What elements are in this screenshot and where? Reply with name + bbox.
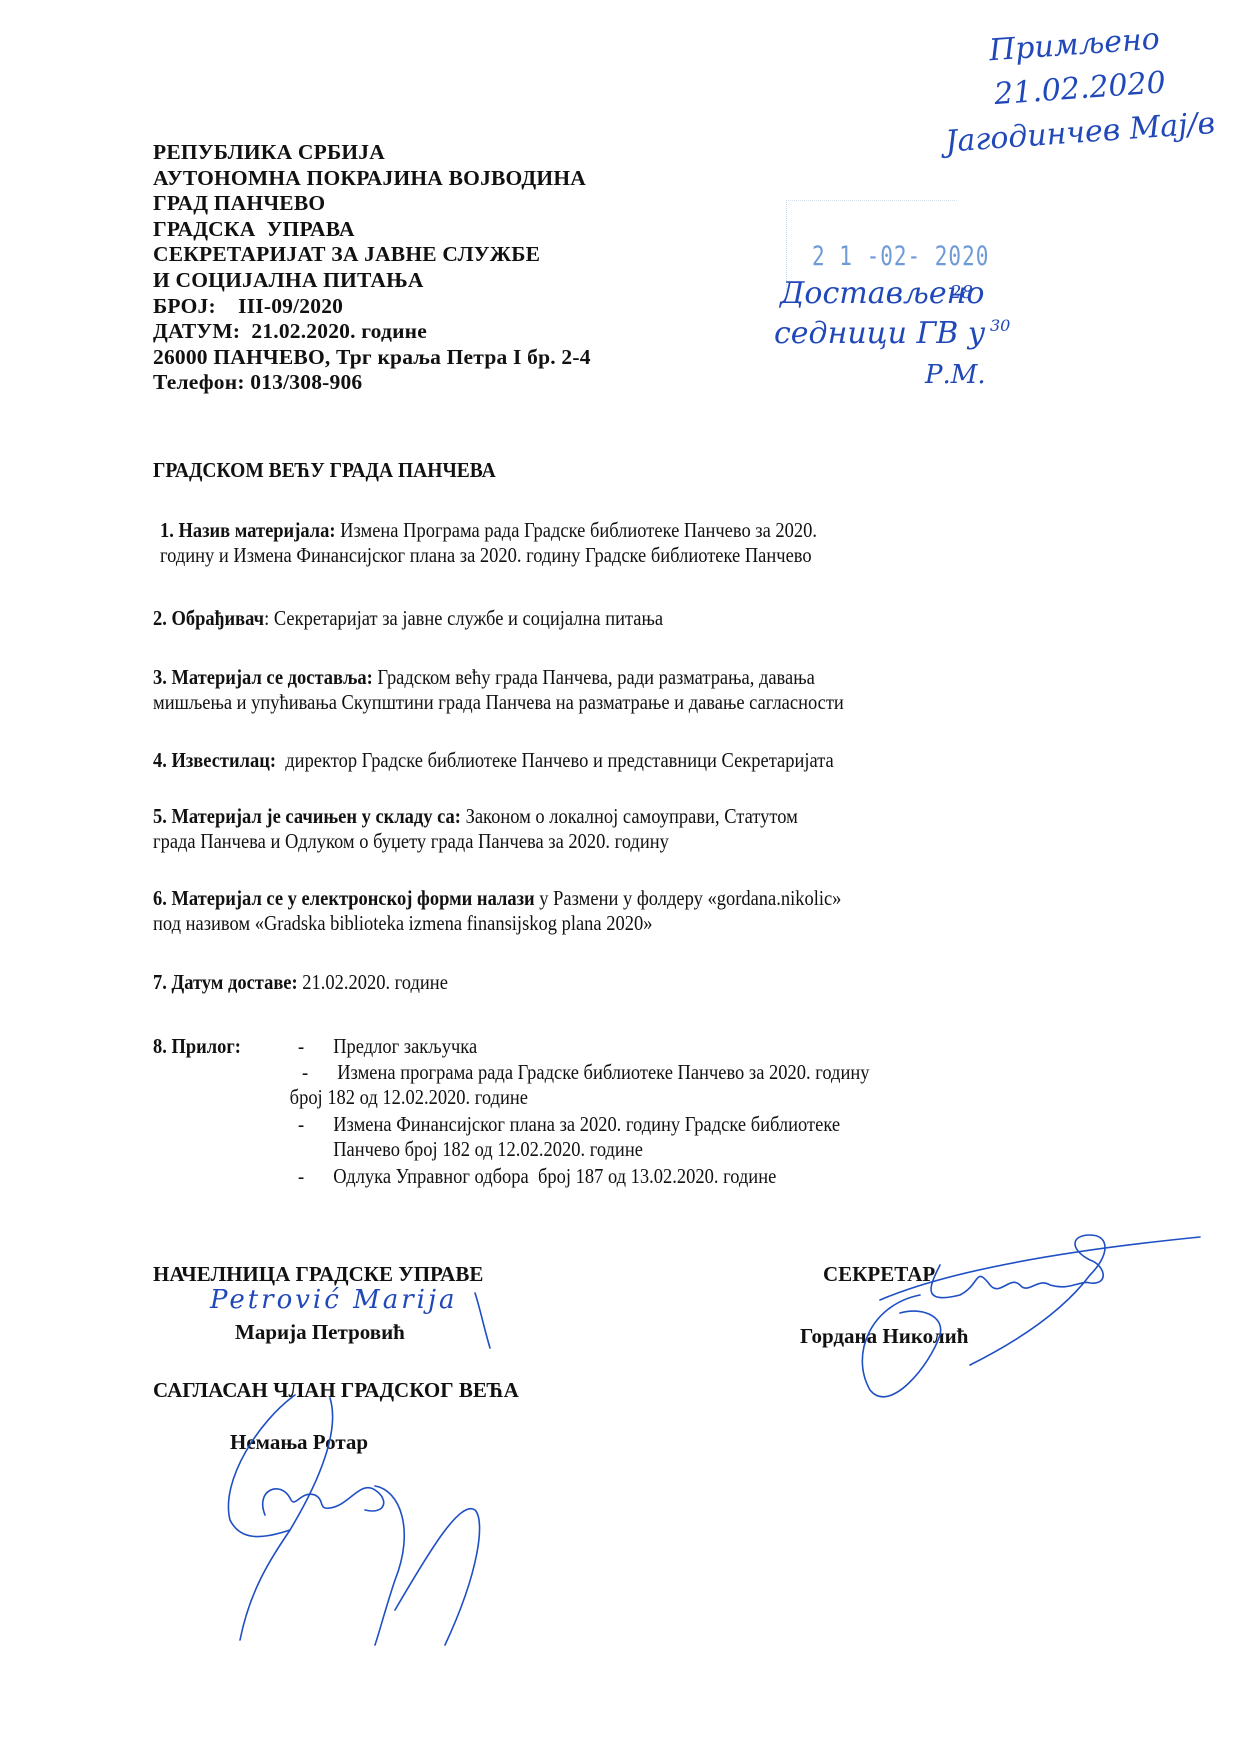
item-label: 7. Датум доставе: (153, 970, 298, 994)
signature-council-stroke (200, 1390, 520, 1650)
attachments-label: 8. Прилог: (153, 1034, 241, 1059)
attachment-text: Панчево број 182 од 12.02.2020. године (333, 1137, 840, 1162)
attachment-text: Предлог закључка (333, 1034, 477, 1058)
header-line-city: ГРАД ПАНЧЕВО (153, 191, 591, 217)
item-2: 2. Обрађивач: Секретаријат за јавне служ… (153, 606, 663, 631)
header-line-province: АУТОНОМНА ПОКРАЈИНА ВОЈВОДИНА (153, 166, 591, 192)
item-text: Измена Програма рада Градске библиотеке … (340, 518, 817, 542)
signature-left-stroke (470, 1288, 530, 1358)
item-label: 4. Известилац: (153, 748, 276, 772)
attachment-dash: - (298, 1164, 333, 1189)
signature-right-stroke (770, 1225, 1210, 1415)
addressee: ГРАДСКОМ ВЕЋУ ГРАДА ПАНЧЕВА (153, 458, 496, 483)
item-4: 4. Известилац: директор Градске библиоте… (153, 748, 834, 773)
item-text: у Размени у фолдеру «gordana.nikolic» (535, 886, 842, 910)
header-line-secretariat-2: И СОЦИЈАЛНА ПИТАЊА (153, 268, 591, 294)
stamp-date: 2 1 -02- 2020 (812, 241, 989, 271)
attachment-dash: - (298, 1034, 333, 1059)
stamp-initials: Р.М. (925, 360, 986, 390)
attachment-text: Измена Финансијског плана за 2020. годин… (333, 1112, 840, 1136)
attachment-dash: - (298, 1112, 333, 1137)
received-note: Примљено 21.02.2020 Јагодинчев Мај/в (978, 14, 1217, 162)
item-3: 3. Материјал се доставља: Градском већу … (153, 665, 844, 715)
item-text: Законом о локалној самоуправи, Статутом (461, 804, 798, 828)
item-text: годину и Измена Финансијског плана за 20… (160, 543, 817, 568)
attachment-4: -Одлука Управног одбора број 187 од 13.0… (298, 1164, 776, 1189)
item-6: 6. Материјал се у електронској форми нал… (153, 886, 841, 936)
attachment-text: Измена програма рада Градске библиотеке … (337, 1060, 869, 1084)
attachments-label-text: 8. Прилог: (153, 1034, 241, 1058)
signature-left-handwritten: Petrović Marija (210, 1285, 458, 1315)
stamp-superscript-1: 28 (950, 282, 973, 303)
header-line-republic: РЕПУБЛИКА СРБИЈА (153, 140, 591, 166)
header-line-address: 26000 ПАНЧЕВО, Трг краља Петра I бр. 2-4 (153, 345, 591, 371)
item-label: 6. Материјал се у електронској форми нал… (153, 886, 535, 910)
stamp-superscript-2: 30 (990, 316, 1010, 335)
signature-left-name: Марија Петровић (235, 1320, 405, 1345)
received-note-signature: Јагодинчев Мај/в (944, 102, 1217, 165)
header-line-administration: ГРАДСКА УПРАВА (153, 217, 591, 243)
item-text: : Секретаријат за јавне службе и социјал… (264, 606, 663, 630)
attachment-text: Одлука Управног одбора број 187 од 13.02… (333, 1164, 776, 1188)
item-7: 7. Датум доставе: 21.02.2020. године (153, 970, 448, 995)
attachment-dash: - (302, 1060, 337, 1085)
attachment-1: -Предлог закључка (298, 1034, 477, 1059)
item-text: Градском већу града Панчева, ради размат… (373, 665, 815, 689)
item-text: мишљења и упућивања Скупштини града Панч… (153, 690, 844, 715)
item-label: 1. Назив материјала: (160, 518, 336, 542)
item-text: града Панчева и Одлуком о буџету града П… (153, 829, 798, 854)
attachment-text: број 182 од 12.02.2020. године (290, 1085, 870, 1110)
header-line-number: БРОЈ: III-09/2020 (153, 294, 591, 320)
header-line-secretariat: СЕКРЕТАРИЈАТ ЗА ЈАВНЕ СЛУЖБЕ (153, 242, 591, 268)
item-text: под називом «Gradska biblioteka izmena f… (153, 911, 841, 936)
item-text: 21.02.2020. године (298, 970, 448, 994)
item-5: 5. Материјал је сачињен у складу са: Зак… (153, 804, 798, 854)
item-label: 3. Материјал се доставља: (153, 665, 373, 689)
attachment-2: -Измена програма рада Градске библиотеке… (302, 1060, 869, 1110)
document-header: РЕПУБЛИКА СРБИЈА АУТОНОМНА ПОКРАЈИНА ВОЈ… (153, 140, 591, 396)
item-label: 5. Материјал је сачињен у складу са: (153, 804, 461, 828)
signature-left-title: НАЧЕЛНИЦА ГРАДСКЕ УПРАВЕ (153, 1262, 483, 1287)
attachment-3: -Измена Финансијског плана за 2020. годи… (298, 1112, 840, 1162)
item-label: 2. Обрађивач (153, 606, 264, 630)
stamp-handwritten-line-2: седници ГВ у (774, 314, 985, 354)
item-1: 1. Назив материјала: Измена Програма рад… (160, 518, 817, 568)
header-line-phone: Телефон: 013/308-906 (153, 370, 591, 396)
item-text: директор Градске библиотеке Панчево и пр… (276, 748, 834, 772)
header-line-date: ДАТУМ: 21.02.2020. године (153, 319, 591, 345)
